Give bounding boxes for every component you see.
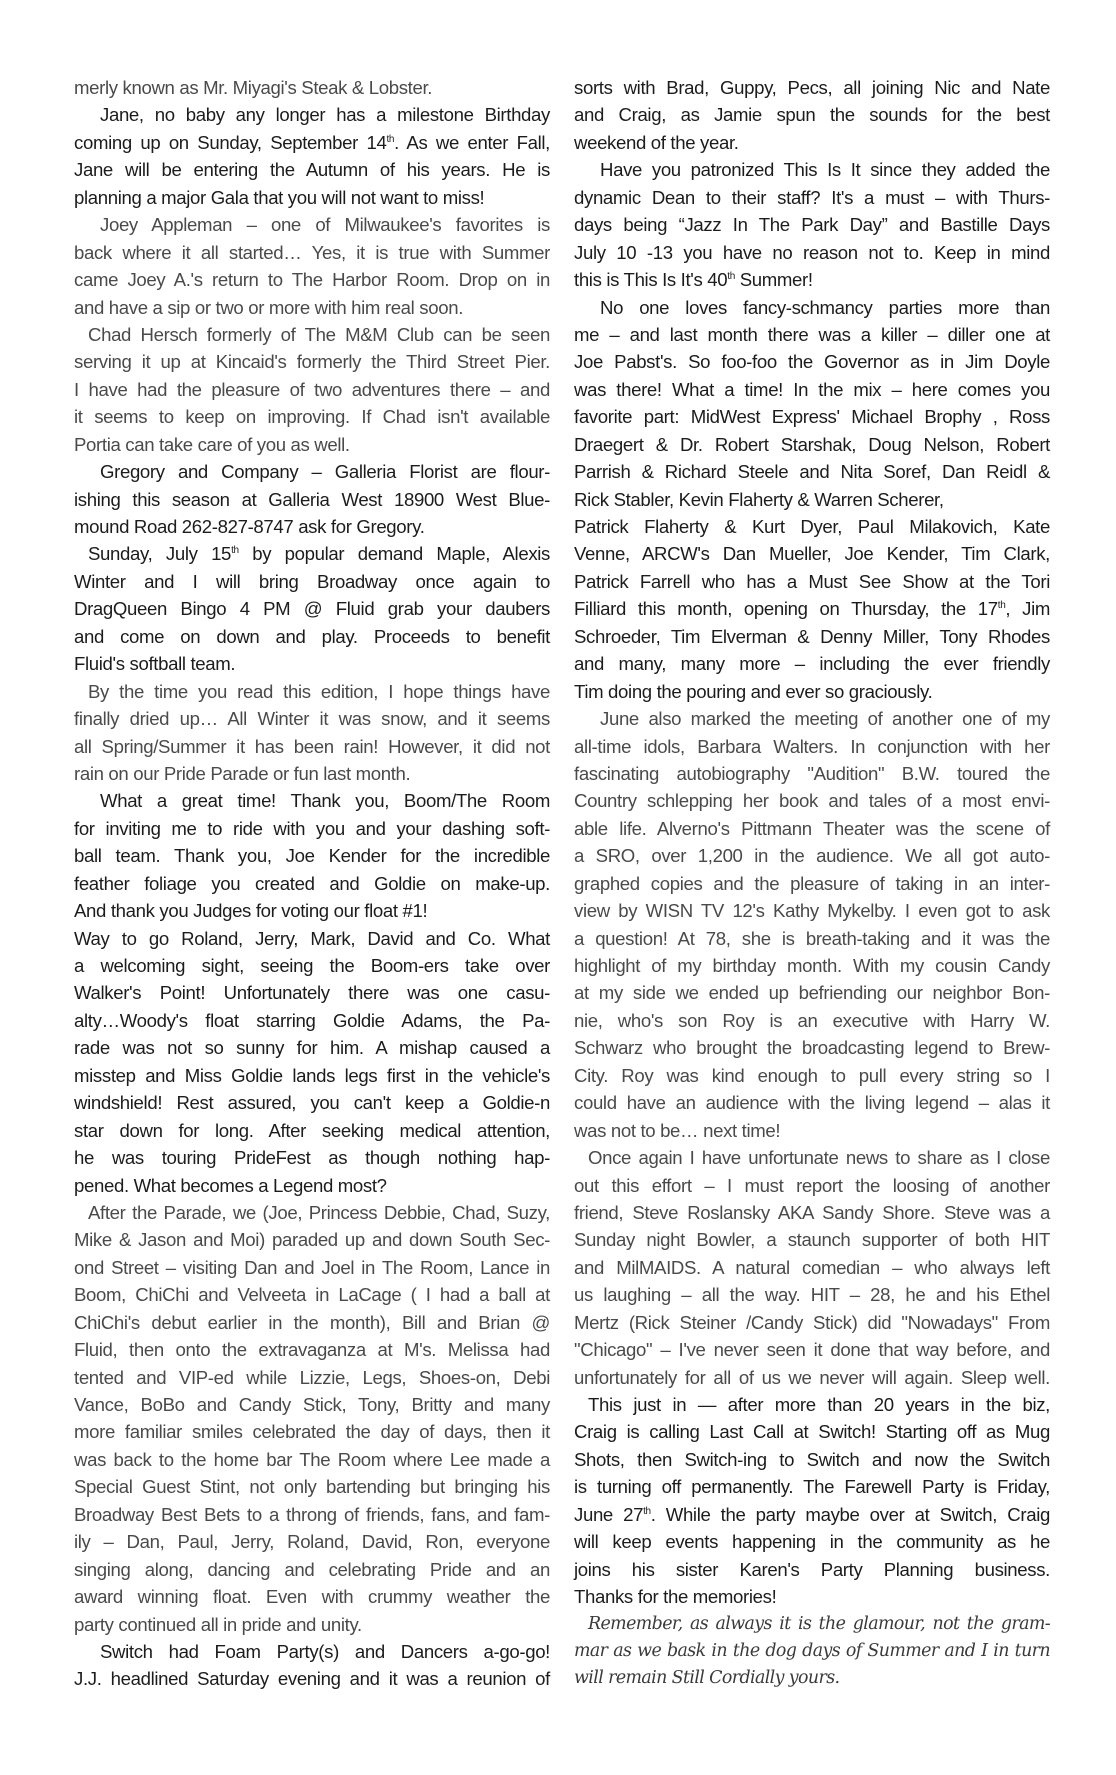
text-line: What a great time! Thank you, Boom/The R… (74, 787, 550, 814)
text-line: mound Road 262-827-8747 ask for Gregory. (74, 513, 550, 540)
text-line: misstep and Miss Goldie lands legs first… (74, 1062, 550, 1089)
text-line: Vance, BoBo and Candy Stick, Tony, Britt… (74, 1391, 550, 1418)
text-line: Jane will be entering the Autumn of his … (74, 156, 550, 183)
text-line: Schwarz who brought the broadcasting leg… (574, 1034, 1050, 1061)
text-line: star down for long. After seeking medica… (74, 1117, 550, 1144)
text-line: After the Parade, we (Joe, Princess Debb… (74, 1199, 550, 1226)
text-line: graphed copies and the pleasure of takin… (574, 870, 1050, 897)
text-line: Fluid's softball team. (74, 650, 550, 677)
text-line: rain on our Pride Parade or fun last mon… (74, 760, 550, 787)
ordinal-superscript: th (231, 545, 239, 556)
text-line: alty…Woody's float starring Goldie Adams… (74, 1007, 550, 1034)
text-line: I have had the pleasure of two adventure… (74, 376, 550, 403)
text-line: sorts with Brad, Guppy, Pecs, all joinin… (574, 74, 1050, 101)
text-line: Craig is calling Last Call at Switch! St… (574, 1418, 1050, 1445)
text-line: is turning off permanently. The Farewell… (574, 1473, 1050, 1500)
text-line: this is This Is It's 40th Summer! (574, 266, 1050, 293)
text-line: pened. What becomes a Legend most? (74, 1172, 550, 1199)
text-line: was there! What a time! In the mix – her… (574, 376, 1050, 403)
text-line: friend, Steve Roslansky AKA Sandy Shore.… (574, 1199, 1050, 1226)
text-line: favorite part: MidWest Express' Michael … (574, 403, 1050, 430)
text-line: back where it all started… Yes, it is tr… (74, 239, 550, 266)
text-line: mar as we bask in the dog days of Summer… (574, 1638, 1050, 1665)
text-line: more familiar smiles celebrated the day … (74, 1418, 550, 1445)
text-line: City. Roy was kind enough to pull every … (574, 1062, 1050, 1089)
text-line: By the time you read this edition, I hop… (74, 678, 550, 705)
text-line: ishing this season at Galleria West 1890… (74, 486, 550, 513)
text-line: Patrick Flaherty & Kurt Dyer, Paul Milak… (574, 513, 1050, 540)
text-line: Venne, ARCW's Dan Mueller, Joe Kender, T… (574, 540, 1050, 567)
text-line: ond Street – visiting Dan and Joel in Th… (74, 1254, 550, 1281)
text-line: Country schlepping her book and tales of… (574, 787, 1050, 814)
text-line: Walker's Point! Unfortunately there was … (74, 979, 550, 1006)
text-line: Remember, as always it is the glamour, n… (574, 1611, 1050, 1638)
text-line: Broadway Best Bets to a throng of friend… (74, 1501, 550, 1528)
text-line: Gregory and Company – Galleria Florist a… (74, 458, 550, 485)
text-line: No one loves fancy-schmancy parties more… (574, 294, 1050, 321)
text-line: Sunday night Bowler, a staunch supporter… (574, 1226, 1050, 1253)
text-line: Switch had Foam Party(s) and Dancers a-g… (74, 1638, 550, 1665)
text-line: and have a sip or two or more with him r… (74, 294, 550, 321)
text-line: ily – Dan, Paul, Jerry, Roland, David, R… (74, 1528, 550, 1555)
text-line: for inviting me to ride with you and you… (74, 815, 550, 842)
text-line: and MilMAIDS. A natural comedian – who a… (574, 1254, 1050, 1281)
text-line: "Chicago" – I've never seen it done that… (574, 1336, 1050, 1363)
text-line: highlight of my birthday month. With my … (574, 952, 1050, 979)
text-line: merly known as Mr. Miyagi's Steak & Lobs… (74, 74, 550, 101)
text-line: Parrish & Richard Steele and Nita Soref,… (574, 458, 1050, 485)
ordinal-superscript: th (727, 271, 735, 282)
text-line: Rick Stabler, Kevin Flaherty & Warren Sc… (574, 486, 1050, 513)
text-line: rade was not so sunny for him. A mishap … (74, 1034, 550, 1061)
text-line: fascinating autobiography "Audition" B.W… (574, 760, 1050, 787)
right-text-column: sorts with Brad, Guppy, Pecs, all joinin… (574, 74, 1050, 1693)
text-line: Way to go Roland, Jerry, Mark, David and… (74, 925, 550, 952)
text-line: Special Guest Stint, not only bartending… (74, 1473, 550, 1500)
text-line: Filliard this month, opening on Thursday… (574, 595, 1050, 622)
text-line: Portia can take care of you as well. (74, 431, 550, 458)
text-line: Have you patronized This Is It since the… (574, 156, 1050, 183)
text-line: Schroeder, Tim Elverman & Denny Miller, … (574, 623, 1050, 650)
text-line: nie, who's son Roy is an executive with … (574, 1007, 1050, 1034)
text-line: tented and VIP-ed while Lizzie, Legs, Sh… (74, 1364, 550, 1391)
text-line: weekend of the year. (574, 129, 1050, 156)
text-line: Sunday, July 15th by popular demand Mapl… (74, 540, 550, 567)
text-line: it seems to keep on improving. If Chad i… (74, 403, 550, 430)
text-line: able life. Alverno's Pittmann Theater wa… (574, 815, 1050, 842)
text-line: coming up on Sunday, September 14th. As … (74, 129, 550, 156)
text-line: us laughing – all the way. HIT – 28, he … (574, 1281, 1050, 1308)
text-line: dynamic Dean to their staff? It's a must… (574, 184, 1050, 211)
text-line: a SRO, over 1,200 in the audience. We al… (574, 842, 1050, 869)
text-line: out this effort – I must report the loos… (574, 1172, 1050, 1199)
text-line: all Spring/Summer it has been rain! Howe… (74, 733, 550, 760)
text-line: ball team. Thank you, Joe Kender for the… (74, 842, 550, 869)
text-line: Jane, no baby any longer has a milestone… (74, 101, 550, 128)
left-text-column: merly known as Mr. Miyagi's Steak & Lobs… (74, 74, 550, 1693)
text-line: And thank you Judges for voting our floa… (74, 897, 550, 924)
text-line: he was touring PrideFest as though nothi… (74, 1144, 550, 1171)
text-line: days being “Jazz In The Park Day” and Ba… (574, 211, 1050, 238)
text-line: Chad Hersch formerly of The M&M Club can… (74, 321, 550, 348)
text-line: singing along, dancing and celebrating P… (74, 1556, 550, 1583)
text-line: award winning float. Even with crummy we… (74, 1583, 550, 1610)
text-line: Joe Pabst's. So foo-foo the Governor as … (574, 348, 1050, 375)
text-line: joins his sister Karen's Party Planning … (574, 1556, 1050, 1583)
text-line: will keep events happening in the commun… (574, 1528, 1050, 1555)
text-line: Joey Appleman – one of Milwaukee's favor… (74, 211, 550, 238)
newsletter-page: merly known as Mr. Miyagi's Steak & Lobs… (0, 0, 1116, 1775)
text-line: and many, many more – including the ever… (574, 650, 1050, 677)
text-line: Tim doing the pouring and ever so gracio… (574, 678, 1050, 705)
text-line: all-time idols, Barbara Walters. In conj… (574, 733, 1050, 760)
text-line: June 27th. While the party maybe over at… (574, 1501, 1050, 1528)
text-line: July 10 -13 you have no reason not to. K… (574, 239, 1050, 266)
text-line: Thanks for the memories! (574, 1583, 1050, 1610)
text-line: Shots, then Switch-ing to Switch and now… (574, 1446, 1050, 1473)
text-line: Mike & Jason and Moi) paraded up and dow… (74, 1226, 550, 1253)
text-line: was back to the home bar The Room where … (74, 1446, 550, 1473)
text-line: Fluid, then onto the extravaganza at M's… (74, 1336, 550, 1363)
text-line: Draegert & Dr. Robert Starshak, Doug Nel… (574, 431, 1050, 458)
ordinal-superscript: th (386, 134, 394, 145)
text-line: view by WISN TV 12's Kathy Mykelby. I ev… (574, 897, 1050, 924)
text-line: DragQueen Bingo 4 PM @ Fluid grab your d… (74, 595, 550, 622)
text-line: came Joey A.'s return to The Harbor Room… (74, 266, 550, 293)
text-line: unfortunately for all of us we never wil… (574, 1364, 1050, 1391)
ordinal-superscript: th (643, 1506, 651, 1517)
ordinal-superscript: th (998, 600, 1006, 611)
text-line: June also marked the meeting of another … (574, 705, 1050, 732)
text-line: planning a major Gala that you will not … (74, 184, 550, 211)
text-line: Boom, ChiChi and Velveeta in LaCage ( I … (74, 1281, 550, 1308)
text-line: feather foliage you created and Goldie o… (74, 870, 550, 897)
text-line: Mertz (Rick Steiner /Candy Stick) did "N… (574, 1309, 1050, 1336)
text-line: Patrick Farrell who has a Must See Show … (574, 568, 1050, 595)
text-line: and come on down and play. Proceeds to b… (74, 623, 550, 650)
text-line: serving it up at Kincaid's formerly the … (74, 348, 550, 375)
text-line: and Craig, as Jamie spun the sounds for … (574, 101, 1050, 128)
text-line: This just in — after more than 20 years … (574, 1391, 1050, 1418)
text-line: will remain Still Cordially yours. (574, 1665, 1050, 1692)
text-line: party continued all in pride and unity. (74, 1611, 550, 1638)
text-line: a welcoming sight, seeing the Boom-ers t… (74, 952, 550, 979)
text-line: ChiChi's debut earlier in the month), Bi… (74, 1309, 550, 1336)
text-line: finally dried up… All Winter it was snow… (74, 705, 550, 732)
text-line: a question! At 78, she is breath-taking … (574, 925, 1050, 952)
text-line: Winter and I will bring Broadway once ag… (74, 568, 550, 595)
text-line: Once again I have unfortunate news to sh… (574, 1144, 1050, 1171)
text-line: could have an audience with the living l… (574, 1089, 1050, 1116)
text-line: was not to be… next time! (574, 1117, 1050, 1144)
text-line: J.J. headlined Saturday evening and it w… (74, 1665, 550, 1692)
text-line: windshield! Rest assured, you can't keep… (74, 1089, 550, 1116)
text-line: me – and last month there was a killer –… (574, 321, 1050, 348)
text-line: at my side we ended up befriending our n… (574, 979, 1050, 1006)
